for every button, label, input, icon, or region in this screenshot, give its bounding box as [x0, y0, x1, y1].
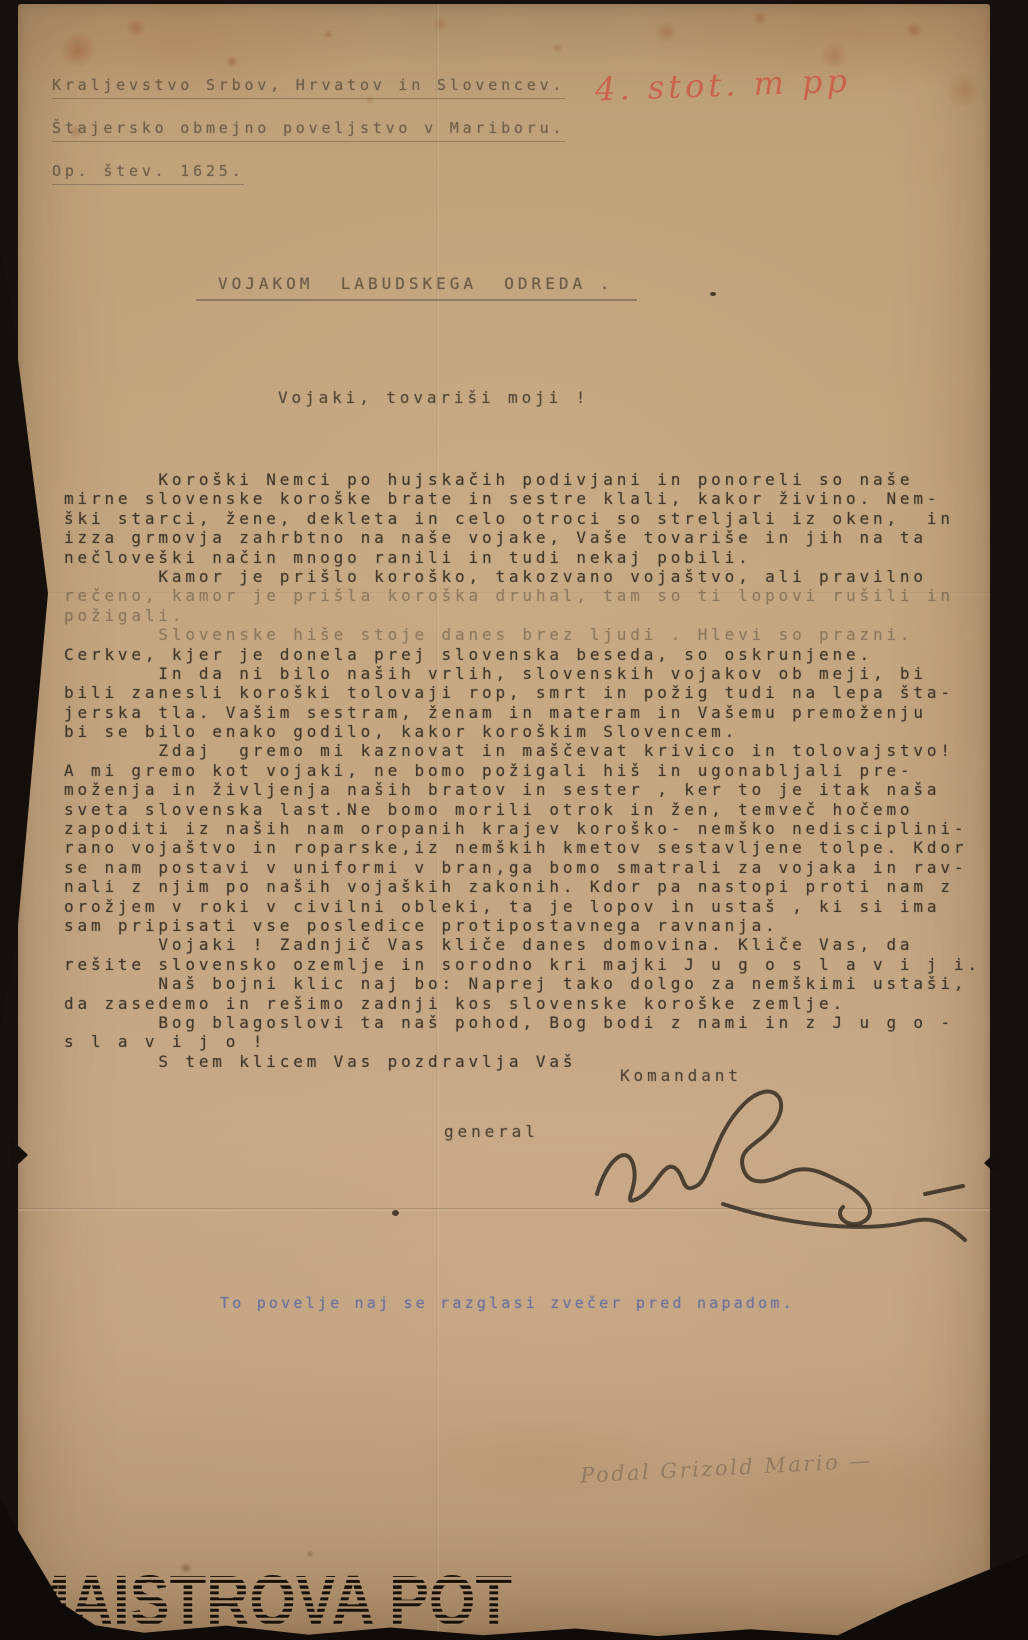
body-line: nečloveški način mnogo ranili in tudi ne… [64, 548, 1014, 567]
body-line: požigali. [64, 606, 1014, 625]
general-signature [575, 1072, 985, 1262]
watermark-maistrova-pot: MAISTROVA POT [20, 1560, 512, 1640]
body-line: jerska tla. Vašim sestram, ženam in mate… [64, 703, 1014, 722]
body-line: s l a v i j o ! [64, 1032, 1014, 1051]
body-line: se nam postavi v uniformi v bran,ga bomo… [64, 858, 1014, 877]
body-line: A mi gremo kot vojaki, ne bomo požigali … [64, 761, 1014, 780]
body-line: Bog blagoslovi ta naš pohod, Bog bodi z … [64, 1013, 1014, 1032]
body-line: moženja in življenja naših bratov in ses… [64, 780, 1014, 799]
body-line: rečeno, kamor je prišla koroška druhal, … [64, 586, 1014, 605]
body-line: da zasedemo in rešimo zadnji kos slovens… [64, 994, 1014, 1013]
body-line: S tem klicem Vas pozdravlja Vaš [64, 1052, 1014, 1071]
body-line: izza grmovja zahrbtno na naše vojake, Va… [64, 528, 1014, 547]
body-line: sam pripisati vse posledice protipostavn… [64, 916, 1014, 935]
body-text: Koroški Nemci po hujskačih podivjani in … [64, 470, 1014, 1071]
body-line: ški starci, žene, dekleta in celo otroci… [64, 509, 1014, 528]
body-line: sveta slovenska last.Ne bomo morili otro… [64, 800, 1014, 819]
header-op-number: Op. štev. 1625. [52, 162, 244, 185]
body-line: Naš bojni klic naj bo: Naprej tako dolgo… [64, 974, 1014, 993]
salutation: Vojaki, tovariši moji ! [278, 388, 589, 407]
body-line: Vojaki ! Zadnjič Vas kliče danes domovin… [64, 935, 1014, 954]
body-line: In da ni bilo naših vrlih, slovenskih vo… [64, 664, 1014, 683]
signoff-rank: general [444, 1122, 539, 1141]
header-state-name: Kraljevstvo Srbov, Hrvatov in Slovencev. [52, 76, 565, 99]
blue-order-note: To povelje naj se razglasi zvečer pred n… [220, 1294, 795, 1312]
body-line: zapoditi iz naših nam oropanih krajev ko… [64, 819, 1014, 838]
body-line: rešite slovensko ozemlje in sorodno kri … [64, 955, 1014, 974]
body-line: bili zanesli koroški tolovaji rop, smrt … [64, 683, 1014, 702]
body-line: Zdaj gremo mi kaznovat in maščevat krivi… [64, 741, 1014, 760]
body-line: Koroški Nemci po hujskačih podivjani in … [64, 470, 1014, 489]
body-line: orožjem v roki v civilni obleki, ta je l… [64, 897, 1014, 916]
body-line: Slovenske hiše stoje danes brez ljudi . … [64, 625, 1014, 644]
body-line: bi se bilo enako godilo, kakor koroškim … [64, 722, 1014, 741]
body-line: mirne slovenske koroške brate in sestre … [64, 489, 1014, 508]
document-title: VOJAKOM LABUDSKEGA ODREDA . [196, 274, 637, 301]
scanned-letter-page: Kraljevstvo Srbov, Hrvatov in Slovencev.… [0, 0, 1028, 1640]
paper-speck [710, 292, 716, 296]
header-command-name: Štajersko obmejno poveljstvo v Mariboru. [52, 119, 565, 142]
paper-speck [392, 1210, 399, 1216]
body-line: Cerkve, kjer je donela prej slovenska be… [64, 645, 1014, 664]
body-line: rano vojaštvo in roparske,iz nemških kme… [64, 838, 1014, 857]
body-line: nali z njim po naših vojaških zakonih. K… [64, 877, 1014, 896]
body-line: Kamor je prišlo koroško, takozvano vojaš… [64, 567, 1014, 586]
